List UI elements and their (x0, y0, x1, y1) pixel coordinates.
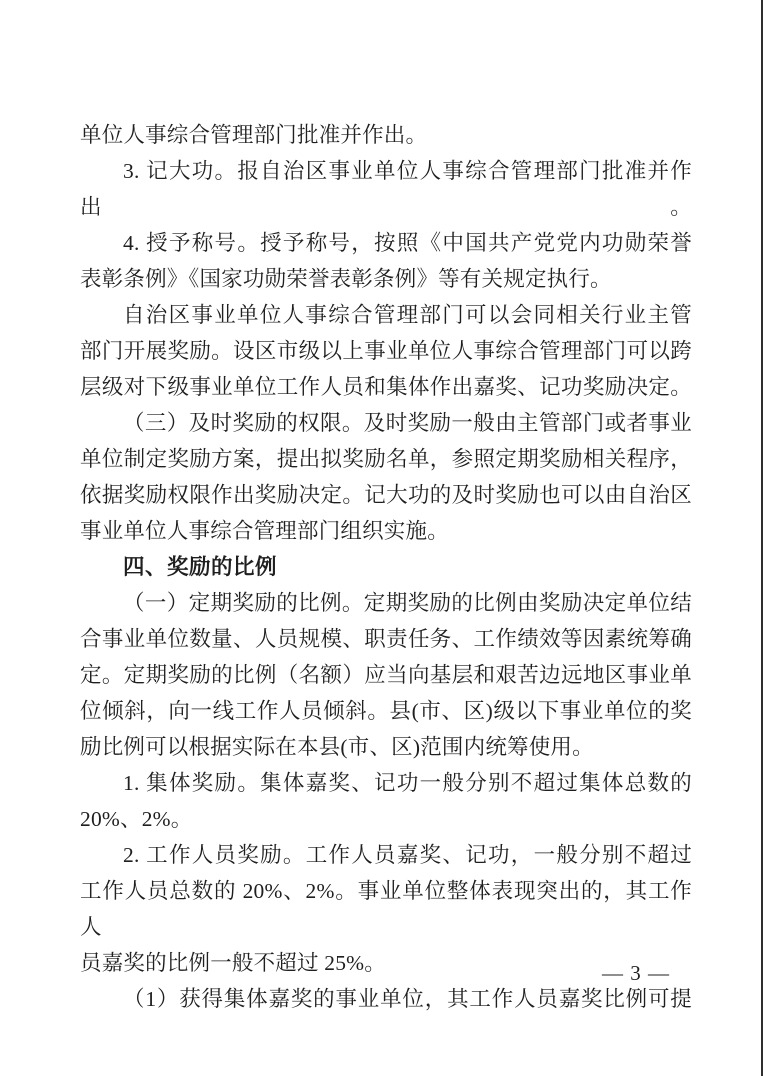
text-line: 3. 记大功。报自治区事业单位人事综合管理部门批准并作出。 (80, 153, 692, 225)
text-line: 事业单位人事综合管理部门组织实施。 (80, 513, 692, 549)
text-line: （三）及时奖励的权限。及时奖励一般由主管部门或者事业 (80, 405, 692, 441)
document-page: 单位人事综合管理部门批准并作出。3. 记大功。报自治区事业单位人事综合管理部门批… (0, 0, 764, 1076)
text-line: 四、奖励的比例 (80, 549, 692, 585)
text-line: 依据奖励权限作出奖励决定。记大功的及时奖励也可以由自治区 (80, 477, 692, 513)
text-line: 定。定期奖励的比例（名额）应当向基层和艰苦边远地区事业单 (80, 657, 692, 693)
text-line: 20%、2%。 (80, 801, 692, 837)
text-line: 部门开展奖励。设区市级以上事业单位人事综合管理部门可以跨 (80, 333, 692, 369)
text-line: （一）定期奖励的比例。定期奖励的比例由奖励决定单位结 (80, 585, 692, 621)
text-line: 自治区事业单位人事综合管理部门可以会同相关行业主管 (80, 297, 692, 333)
text-line: 单位人事综合管理部门批准并作出。 (80, 117, 692, 153)
page-number: — 3 — (602, 959, 670, 987)
text-line: 单位制定奖励方案，提出拟奖励名单，参照定期奖励相关程序， (80, 441, 692, 477)
text-line: 表彰条例》《国家功勋荣誉表彰条例》等有关规定执行。 (80, 261, 692, 297)
text-line: 2. 工作人员奖励。工作人员嘉奖、记功，一般分别不超过 (80, 837, 692, 873)
text-line: 层级对下级事业单位工作人员和集体作出嘉奖、记功奖励决定。 (80, 369, 692, 405)
text-line: （1）获得集体嘉奖的事业单位，其工作人员嘉奖比例可提 (80, 981, 692, 1017)
text-line: 员嘉奖的比例一般不超过 25%。 (80, 945, 692, 981)
text-line: 合事业单位数量、人员规模、职责任务、工作绩效等因素统筹确 (80, 621, 692, 657)
text-line: 位倾斜，向一线工作人员倾斜。县(市、区)级以下事业单位的奖 (80, 693, 692, 729)
document-body: 单位人事综合管理部门批准并作出。3. 记大功。报自治区事业单位人事综合管理部门批… (80, 117, 692, 1017)
text-line: 1. 集体奖励。集体嘉奖、记功一般分别不超过集体总数的 (80, 765, 692, 801)
scan-edge-line (761, 0, 763, 1076)
text-line: 励比例可以根据实际在本县(市、区)范围内统筹使用。 (80, 729, 692, 765)
text-line: 4. 授予称号。授予称号，按照《中国共产党党内功勋荣誉 (80, 225, 692, 261)
text-line: 工作人员总数的 20%、2%。事业单位整体表现突出的，其工作人 (80, 873, 692, 945)
